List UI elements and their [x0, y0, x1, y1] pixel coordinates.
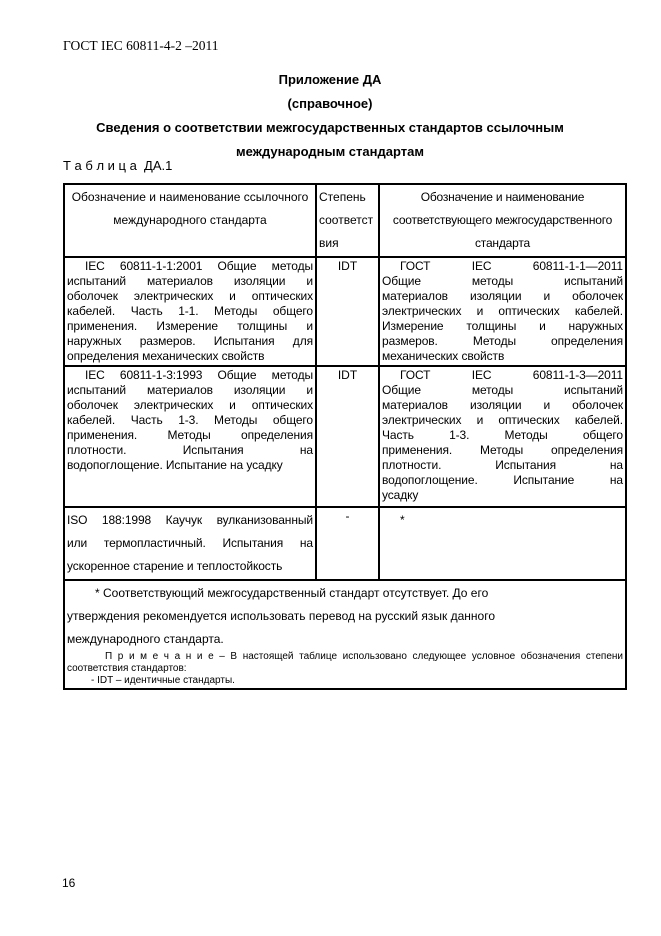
footnote-cell: * Соответствующий межгосударственный ста… [64, 580, 626, 689]
conformity-degree-cell: IDT [316, 257, 379, 366]
reference-standard-cell: IEC 60811-1-1:2001 Общие методыиспытаний… [64, 257, 316, 366]
column-header-reference-standard: Обозначение и наименование ссылочного ме… [64, 184, 316, 257]
document-page: ГОСТ IEC 60811-4-2 –2011 Приложение ДА (… [0, 0, 661, 936]
reference-standard-cell: IEC 60811-1-3:1993 Общие методыиспытаний… [64, 366, 316, 507]
table-row: ISO 188:1998 Каучук вулканизованныйили т… [64, 507, 626, 580]
conformity-degree-cell: IDT [316, 366, 379, 507]
table-row: IEC 60811-1-3:1993 Общие методыиспытаний… [64, 366, 626, 507]
conformity-table: Обозначение и наименование ссылочного ме… [63, 183, 627, 690]
table-footnote-row: * Соответствующий межгосударственный ста… [64, 580, 626, 689]
reference-standard-cell: ISO 188:1998 Каучук вулканизованныйили т… [64, 507, 316, 580]
table-note: П р и м е ч а н и е – В настоящей таблиц… [67, 651, 623, 675]
table-caption: Т а б л и ц а ДА.1 [63, 158, 172, 173]
table-note-idt: - IDT – идентичные стандарты. [67, 675, 623, 687]
interstate-standard-cell: ГОСТ IEC 60811-1-1—2011Общие методы испы… [379, 257, 626, 366]
table-row: IEC 60811-1-1:2001 Общие методыиспытаний… [64, 257, 626, 366]
appendix-kind: (справочное) [30, 92, 630, 116]
appendix-title: Приложение ДА [30, 68, 630, 92]
column-header-interstate-standard: Обозначение и наименование соответствующ… [379, 184, 626, 257]
conformity-degree-cell: - [316, 507, 379, 580]
table-header-row: Обозначение и наименование ссылочного ме… [64, 184, 626, 257]
footnote-line: международного стандарта. [67, 628, 623, 651]
doc-header: ГОСТ IEC 60811-4-2 –2011 [63, 38, 219, 54]
page-number: 16 [62, 876, 75, 890]
footnote-line: утверждения рекомендуется использовать п… [67, 605, 623, 628]
appendix-heading-line1: Сведения о соответствии межгосударственн… [30, 116, 630, 140]
footnote-line: * Соответствующий межгосударственный ста… [67, 582, 623, 605]
column-header-conformity-degree: Степень соответст вия [316, 184, 379, 257]
interstate-standard-cell: ГОСТ IEC 60811-1-3—2011Общие методы испы… [379, 366, 626, 507]
interstate-standard-cell: * [379, 507, 626, 580]
appendix-titles: Приложение ДА (справочное) Сведения о со… [30, 68, 630, 164]
